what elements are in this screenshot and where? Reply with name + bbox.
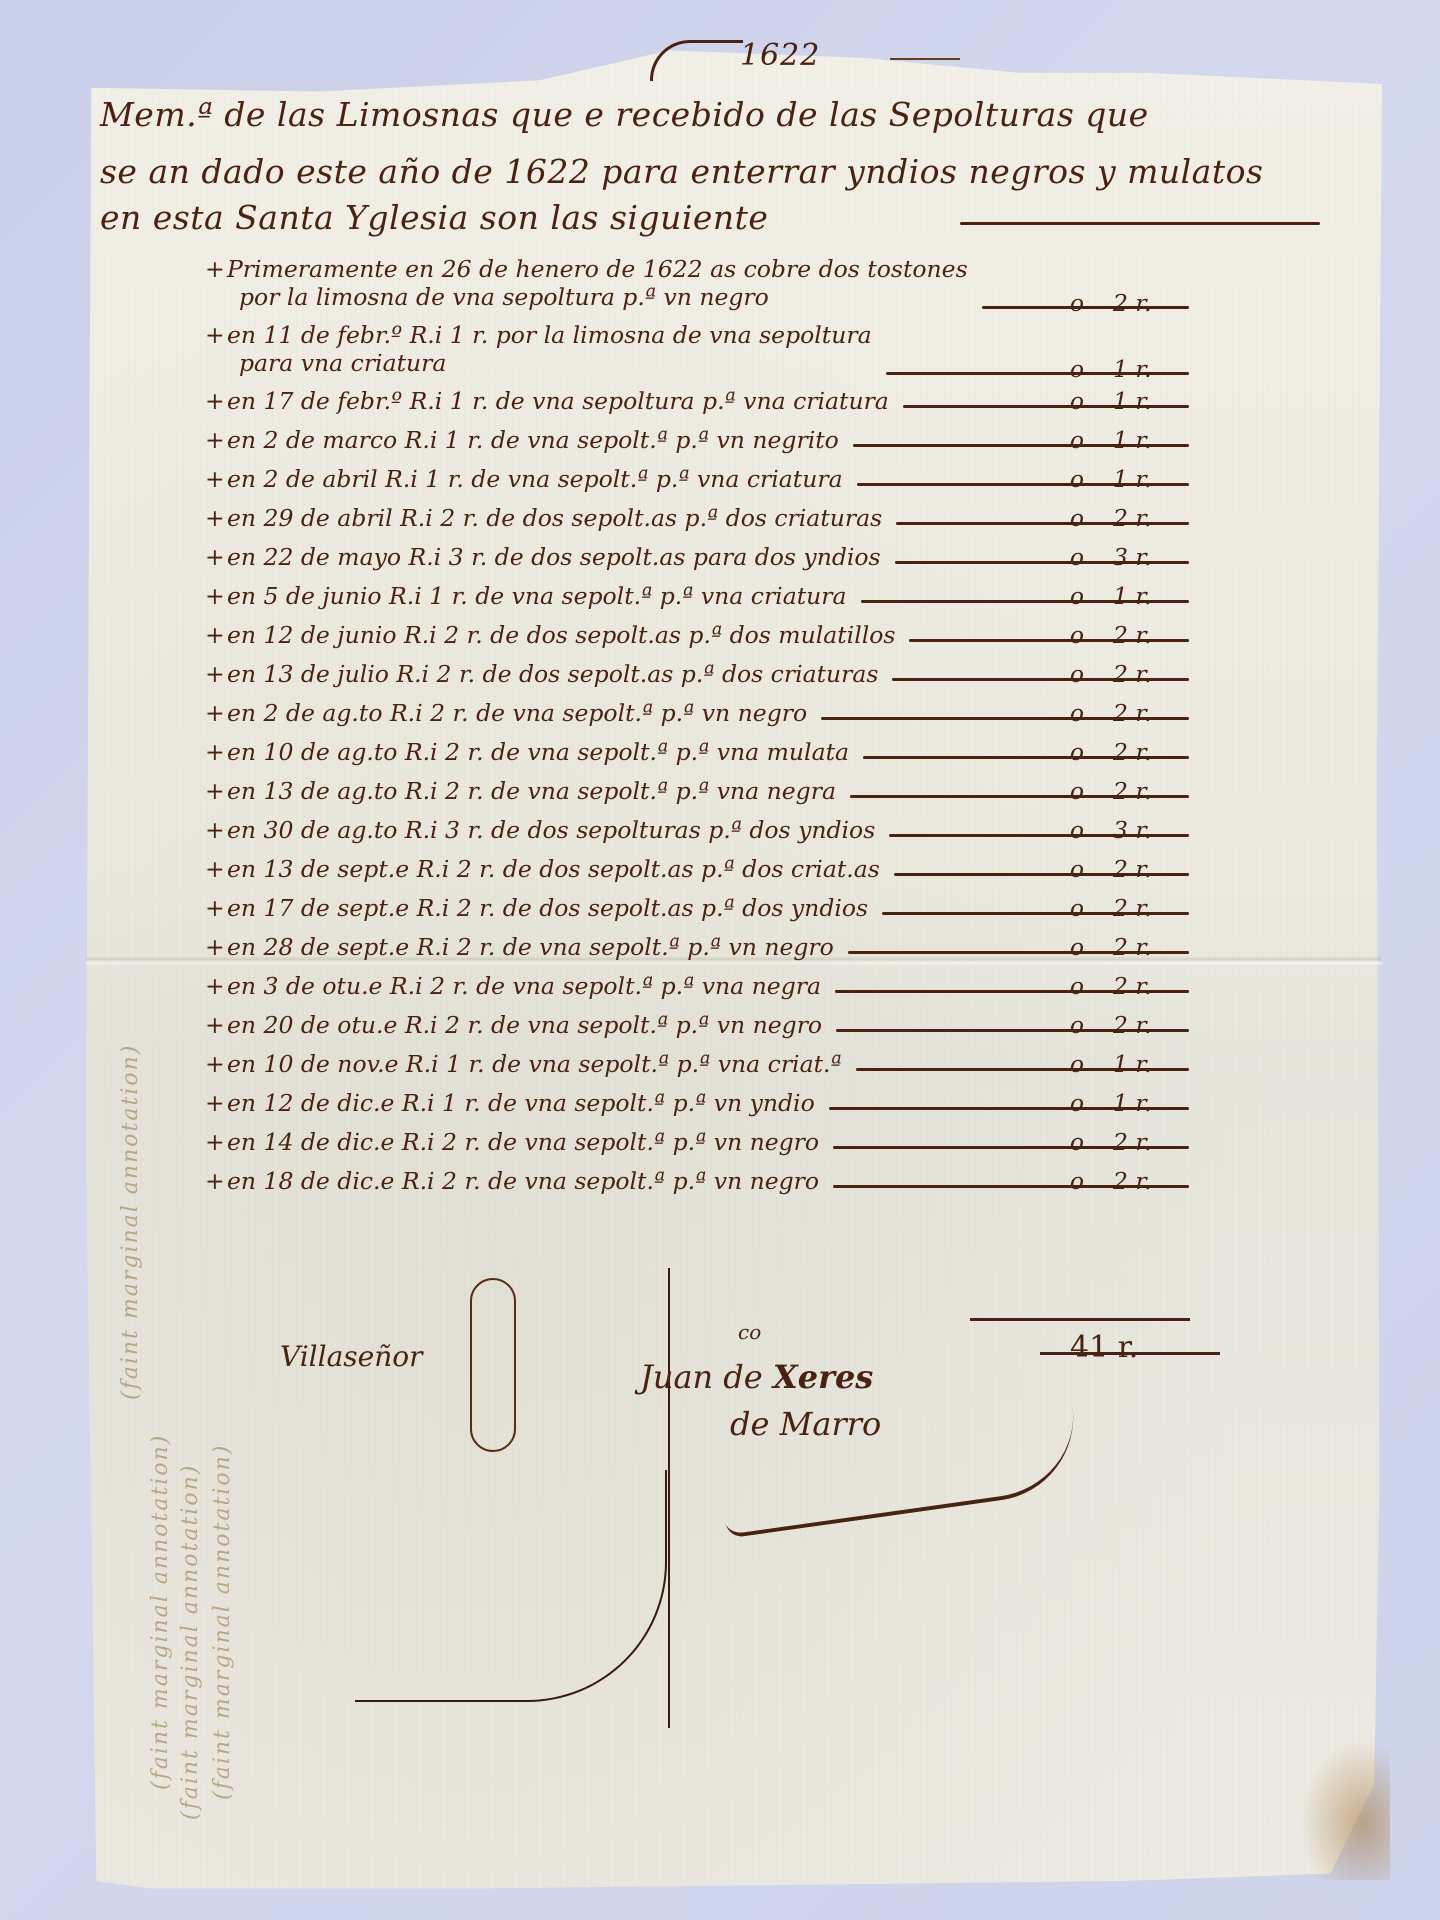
list-item: +en 14 de dic.e R.i 2 r. de vna sepolt.ª… [205, 1128, 1205, 1167]
list-item: +en 2 de ag.to R.i 2 r. de vna sepolt.ª … [205, 699, 1205, 738]
amount: 1 r. [1113, 426, 1193, 454]
entry-text: en 20 de otu.e R.i 2 r. de vna sepolt.ª … [227, 1011, 822, 1039]
signature-surname: Xeres [773, 1358, 873, 1396]
amount-zero: o [1067, 660, 1087, 688]
water-stain [1300, 1740, 1390, 1880]
total-rule-top [970, 1318, 1190, 1321]
amount: 2 r. [1113, 855, 1193, 883]
entry-text: en 11 de febr.º R.i 1 r. por la limosna … [227, 321, 872, 349]
entry-text: en 2 de abril R.i 1 r. de vna sepolt.ª p… [227, 465, 843, 493]
signature-rubric-left [470, 1278, 516, 1452]
entry-text: en 14 de dic.e R.i 2 r. de vna sepolt.ª … [227, 1128, 819, 1156]
entry-text-continued: para vna criatura [227, 349, 872, 377]
year-flourish [650, 40, 743, 81]
amount: 2 r. [1113, 660, 1193, 688]
amount: 2 r. [1113, 621, 1193, 649]
total-rule-bottom [1040, 1352, 1220, 1355]
total-amount: 41 r. [1070, 1330, 1138, 1365]
amount-zero: o [1067, 816, 1087, 844]
entry-text: en 13 de julio R.i 2 r. de dos sepolt.as… [227, 660, 878, 688]
entry-text: en 30 de ag.to R.i 3 r. de dos sepoltura… [227, 816, 875, 844]
cross-marker: + [205, 465, 227, 493]
amount-zero: o [1067, 426, 1087, 454]
cross-marker: + [205, 777, 227, 805]
amount: 1 r. [1113, 465, 1193, 493]
entry-text: en 22 de mayo R.i 3 r. de dos sepolt.as … [227, 543, 881, 571]
cross-marker: + [205, 660, 227, 688]
list-item: +en 2 de abril R.i 1 r. de vna sepolt.ª … [205, 465, 1205, 504]
list-item: +en 10 de ag.to R.i 2 r. de vna sepolt.ª… [205, 738, 1205, 777]
amount: 2 r. [1113, 894, 1193, 922]
entry-text-continued: por la limosna de vna sepoltura p.ª vn n… [227, 283, 968, 311]
entry-text: en 28 de sept.e R.i 2 r. de vna sepolt.ª… [227, 933, 834, 961]
amount: 2 r. [1113, 289, 1193, 317]
cross-marker: + [205, 543, 227, 571]
list-item: +en 22 de mayo R.i 3 r. de dos sepolt.as… [205, 543, 1205, 582]
amount: 2 r. [1113, 738, 1193, 766]
cross-marker: + [205, 321, 227, 349]
list-item: +en 12 de dic.e R.i 1 r. de vna sepolt.ª… [205, 1089, 1205, 1128]
signature-stroke [668, 1268, 670, 1728]
cross-marker: + [205, 972, 227, 1000]
cross-marker: + [205, 1050, 227, 1078]
entry-text: en 17 de sept.e R.i 2 r. de dos sepolt.a… [227, 894, 868, 922]
list-item: +en 10 de nov.e R.i 1 r. de vna sepolt.ª… [205, 1050, 1205, 1089]
amount: 2 r. [1113, 1128, 1193, 1156]
entry-text: en 29 de abril R.i 2 r. de dos sepolt.as… [227, 504, 882, 532]
cross-marker: + [205, 933, 227, 961]
amount-zero: o [1067, 1011, 1087, 1039]
entry-text: en 18 de dic.e R.i 2 r. de vna sepolt.ª … [227, 1167, 819, 1195]
signature-first-name: Juan de [640, 1358, 773, 1396]
entry-text: Primeramente en 26 de henero de 1622 as … [227, 255, 968, 283]
amount-zero: o [1067, 933, 1087, 961]
amount-zero: o [1067, 699, 1087, 727]
amount: 1 r. [1113, 355, 1193, 383]
cross-marker: + [205, 504, 227, 532]
amount: 1 r. [1113, 387, 1193, 415]
list-item: +en 13 de ag.to R.i 2 r. de vna sepolt.ª… [205, 777, 1205, 816]
cross-marker: + [205, 816, 227, 844]
entry-text: en 17 de febr.º R.i 1 r. de vna sepoltur… [227, 387, 889, 415]
amount: 2 r. [1113, 504, 1193, 532]
cross-marker: + [205, 1167, 227, 1195]
cross-marker: + [205, 621, 227, 649]
list-item: +en 13 de julio R.i 2 r. de dos sepolt.a… [205, 660, 1205, 699]
margin-note: (faint marginal annotation) [148, 1410, 173, 1790]
cross-marker: + [205, 387, 227, 415]
amount: 2 r. [1113, 699, 1193, 727]
amount: 1 r. [1113, 1050, 1193, 1078]
cross-marker: + [205, 255, 227, 283]
title-underline [960, 222, 1320, 225]
year-dash [890, 58, 960, 60]
amount-zero: o [1067, 465, 1087, 493]
cross-marker: + [205, 894, 227, 922]
amount: 1 r. [1113, 1089, 1193, 1117]
amount-zero: o [1067, 355, 1087, 383]
list-item: + Primeramente en 26 de henero de 1622 a… [205, 255, 1205, 321]
cross-marker: + [205, 582, 227, 610]
cross-marker: + [205, 1128, 227, 1156]
margin-note: (faint marginal annotation) [178, 1440, 203, 1820]
entry-text: en 2 de marco R.i 1 r. de vna sepolt.ª p… [227, 426, 839, 454]
amount-zero: o [1067, 621, 1087, 649]
amount-zero: o [1067, 894, 1087, 922]
list-item: +en 29 de abril R.i 2 r. de dos sepolt.a… [205, 504, 1205, 543]
amount-zero: o [1067, 777, 1087, 805]
amount: 2 r. [1113, 777, 1193, 805]
entry-text: en 10 de ag.to R.i 2 r. de vna sepolt.ª … [227, 738, 849, 766]
margin-note: (faint marginal annotation) [210, 1440, 235, 1800]
list-item: +en 12 de junio R.i 2 r. de dos sepolt.a… [205, 621, 1205, 660]
amount: 3 r. [1113, 543, 1193, 571]
entry-text: en 12 de dic.e R.i 1 r. de vna sepolt.ª … [227, 1089, 815, 1117]
entries-list: + Primeramente en 26 de henero de 1622 a… [205, 255, 1205, 1206]
amount: 2 r. [1113, 1011, 1193, 1039]
list-item: +en 2 de marco R.i 1 r. de vna sepolt.ª … [205, 426, 1205, 465]
title-line-3: en esta Santa Yglesia son las siguiente [100, 198, 768, 237]
amount-zero: o [1067, 289, 1087, 317]
cross-marker: + [205, 1089, 227, 1117]
document-year: 1622 [740, 38, 820, 73]
amount: 2 r. [1113, 1167, 1193, 1195]
list-item: +en 17 de febr.º R.i 1 r. de vna sepoltu… [205, 387, 1205, 426]
entry-text: en 13 de ag.to R.i 2 r. de vna sepolt.ª … [227, 777, 836, 805]
amount-zero: o [1067, 582, 1087, 610]
list-item: +en 17 de sept.e R.i 2 r. de dos sepolt.… [205, 894, 1205, 933]
list-item: +en 18 de dic.e R.i 2 r. de vna sepolt.ª… [205, 1167, 1205, 1206]
list-item: +en 13 de sept.e R.i 2 r. de dos sepolt.… [205, 855, 1205, 894]
amount: 2 r. [1113, 972, 1193, 1000]
cross-marker: + [205, 738, 227, 766]
signature-right-line-1: Juan de Xeres [640, 1358, 873, 1396]
amount: 3 r. [1113, 816, 1193, 844]
list-item: +en 28 de sept.e R.i 2 r. de vna sepolt.… [205, 933, 1205, 972]
amount-zero: o [1067, 387, 1087, 415]
cross-marker: + [205, 1011, 227, 1039]
amount: 1 r. [1113, 582, 1193, 610]
title-line-2: se an dado este año de 1622 para enterra… [100, 152, 1263, 191]
amount-zero: o [1067, 855, 1087, 883]
cross-marker: + [205, 699, 227, 727]
amount-zero: o [1067, 504, 1087, 532]
amount-zero: o [1067, 738, 1087, 766]
list-item: +en 5 de junio R.i 1 r. de vna sepolt.ª … [205, 582, 1205, 621]
list-item: +en 20 de otu.e R.i 2 r. de vna sepolt.ª… [205, 1011, 1205, 1050]
entry-text: en 3 de otu.e R.i 2 r. de vna sepolt.ª p… [227, 972, 821, 1000]
amount-zero: o [1067, 543, 1087, 571]
title-line-1: Mem.ª de las Limosnas que e recebido de … [100, 95, 1149, 134]
amount-zero: o [1067, 1167, 1087, 1195]
list-item: +en 3 de otu.e R.i 2 r. de vna sepolt.ª … [205, 972, 1205, 1011]
entry-text: en 2 de ag.to R.i 2 r. de vna sepolt.ª p… [227, 699, 807, 727]
margin-note: (faint marginal annotation) [118, 980, 143, 1400]
signature-prefix: co [738, 1320, 761, 1344]
amount-zero: o [1067, 1128, 1087, 1156]
list-item: + en 11 de febr.º R.i 1 r. por la limosn… [205, 321, 1205, 387]
entry-text: en 13 de sept.e R.i 2 r. de dos sepolt.a… [227, 855, 880, 883]
list-item: +en 30 de ag.to R.i 3 r. de dos sepoltur… [205, 816, 1205, 855]
entry-text: en 5 de junio R.i 1 r. de vna sepolt.ª p… [227, 582, 847, 610]
entry-text: en 10 de nov.e R.i 1 r. de vna sepolt.ª … [227, 1050, 842, 1078]
cross-marker: + [205, 855, 227, 883]
amount-zero: o [1067, 1050, 1087, 1078]
signature-left: Villaseñor [280, 1340, 423, 1373]
entry-text: en 12 de junio R.i 2 r. de dos sepolt.as… [227, 621, 895, 649]
amount-zero: o [1067, 972, 1087, 1000]
amount-zero: o [1067, 1089, 1087, 1117]
amount: 2 r. [1113, 933, 1193, 961]
cross-marker: + [205, 426, 227, 454]
